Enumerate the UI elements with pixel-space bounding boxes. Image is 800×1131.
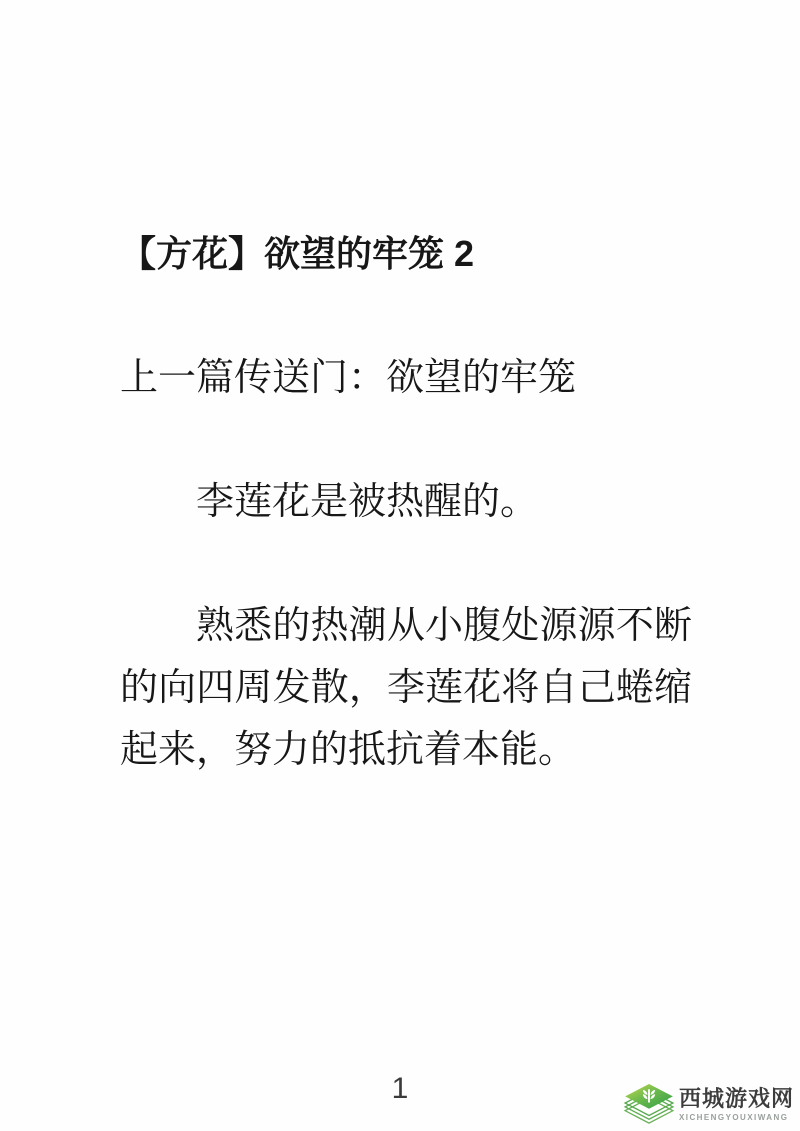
site-logo-icon [622, 1083, 676, 1125]
paragraph: 熟悉的热潮从小腹处源源不断的向四周发散，李莲花将自己蜷缩起来，努力的抵抗着本能。 [120, 595, 692, 781]
site-name-latin: XICHENGYOUXIWANG [679, 1113, 788, 1122]
previous-chapter-link: 上一篇传送门：欲望的牢笼 [120, 347, 692, 409]
site-name: 西城游戏网 [679, 1087, 794, 1111]
document-page: 【方花】欲望的牢笼 2 上一篇传送门：欲望的牢笼 李莲花是被热醒的。 熟悉的热潮… [0, 0, 800, 1131]
document-content: 【方花】欲望的牢笼 2 上一篇传送门：欲望的牢笼 李莲花是被热醒的。 熟悉的热潮… [120, 223, 692, 843]
page-title: 【方花】欲望的牢笼 2 [120, 223, 692, 285]
site-watermark: 西城游戏网 XICHENGYOUXIWANG [622, 1083, 794, 1125]
paragraph: 李莲花是被热醒的。 [120, 471, 692, 533]
site-name-block: 西城游戏网 XICHENGYOUXIWANG [679, 1087, 794, 1122]
